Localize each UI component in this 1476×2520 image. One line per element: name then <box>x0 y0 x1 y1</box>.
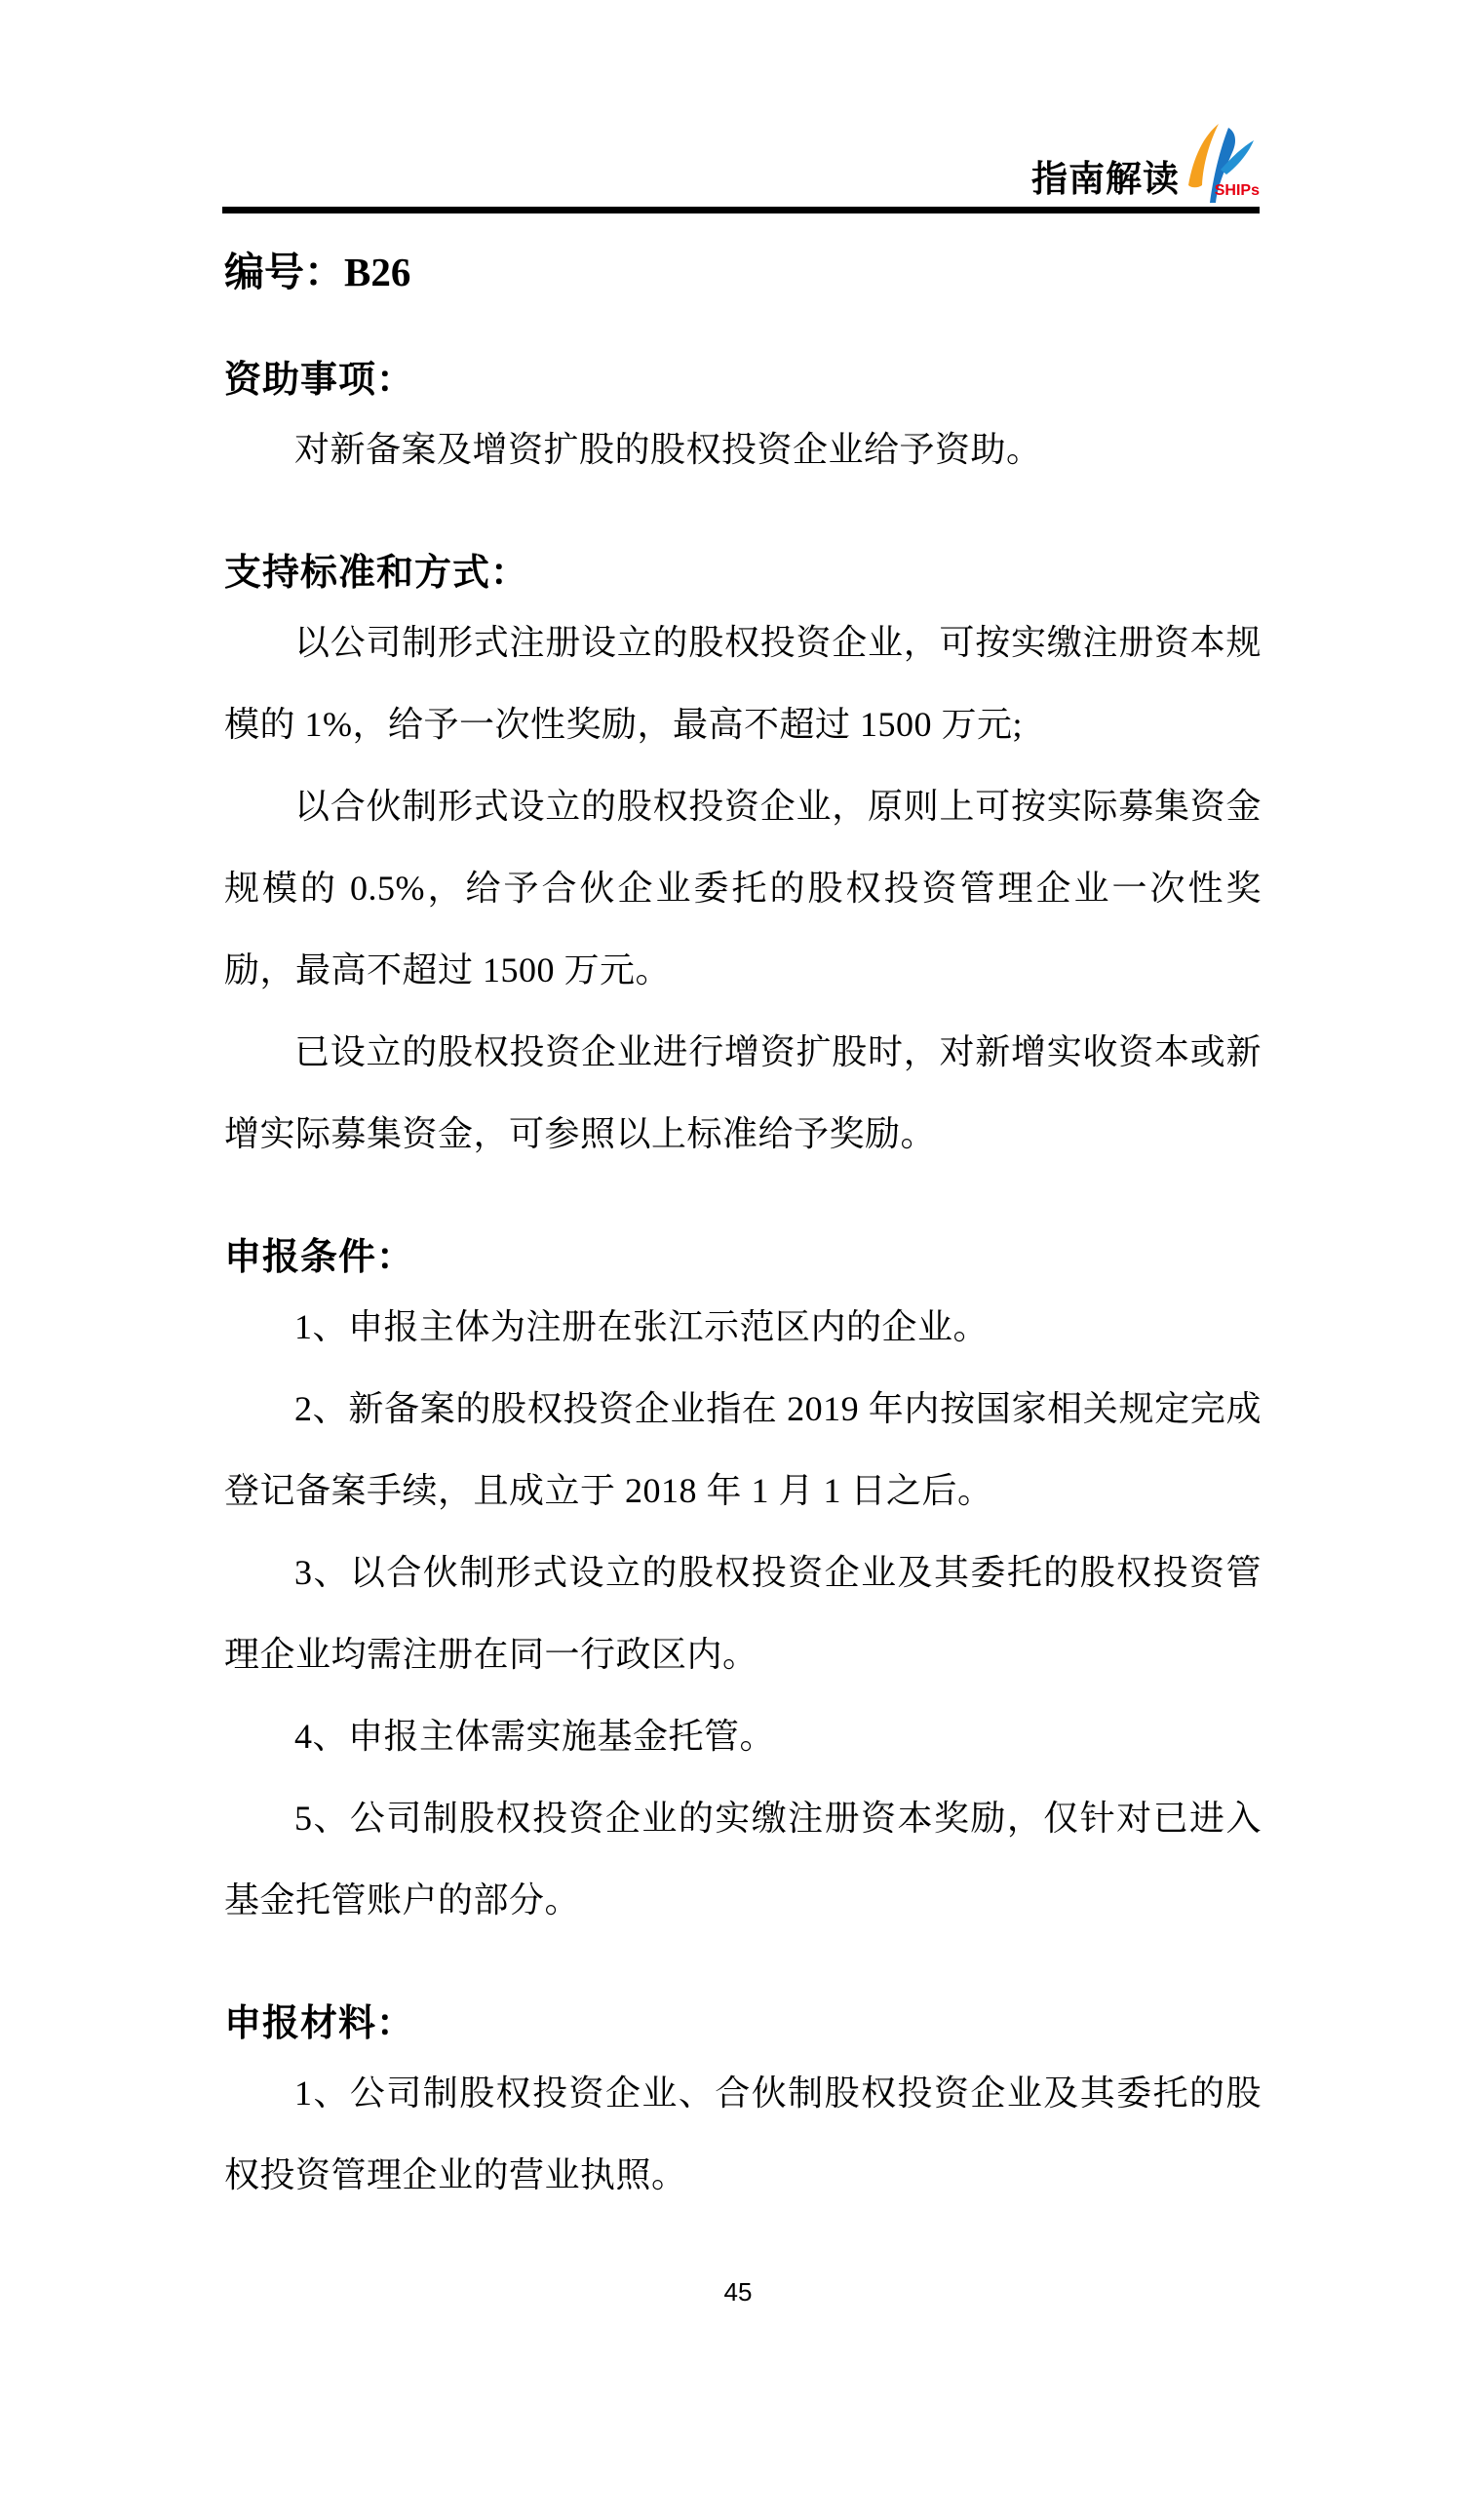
document-page: 指南解读 SHIPs 编号：B26 资助事项： 对新备案及增资扩股的股权投资企业… <box>0 0 1476 2520</box>
section-heading: 申报条件： <box>224 1229 1262 1286</box>
paragraph: 以合伙制形式设立的股权投资企业，原则上可按实际募集资金规模的 0.5%，给予合伙… <box>224 765 1262 1011</box>
list-item: 4、申报主体需实施基金托管。 <box>224 1695 1262 1777</box>
section-support-standard: 支持标准和方式： 以公司制形式注册设立的股权投资企业，可按实缴注册资本规模的 1… <box>224 545 1262 1175</box>
doc-number-value: B26 <box>344 250 410 294</box>
doc-number-label: 编号： <box>224 250 344 294</box>
section-heading: 资助事项： <box>224 352 1262 408</box>
list-item: 1、申报主体为注册在张江示范区内的企业。 <box>224 1286 1262 1368</box>
paragraph: 以公司制形式注册设立的股权投资企业，可按实缴注册资本规模的 1%，给予一次性奖励… <box>224 601 1262 765</box>
brand-title: 指南解读 <box>1031 161 1180 205</box>
section-application-materials: 申报材料： 1、公司制股权投资企业、合伙制股权投资企业及其委托的股权投资管理企业… <box>224 1996 1262 2216</box>
list-item: 3、以合伙制形式设立的股权投资企业及其委托的股权投资管理企业均需注册在同一行政区… <box>224 1531 1262 1695</box>
paragraph: 已设立的股权投资企业进行增资扩股时，对新增实收资本或新增实际募集资金，可参照以上… <box>224 1011 1262 1175</box>
list-item: 2、新备案的股权投资企业指在 2019 年内按国家相关规定完成登记备案手续，且成… <box>224 1368 1262 1531</box>
brand-logo-icon: SHIPs <box>1182 123 1260 205</box>
header-divider <box>222 207 1260 213</box>
paragraph: 对新备案及增资扩股的股权投资企业给予资助。 <box>224 408 1262 490</box>
document-body: 编号：B26 资助事项： 对新备案及增资扩股的股权投资企业给予资助。 支持标准和… <box>0 247 1476 2216</box>
doc-number: 编号：B26 <box>224 247 1262 297</box>
section-heading: 支持标准和方式： <box>224 545 1262 601</box>
brand: 指南解读 SHIPs <box>1031 123 1260 205</box>
page-header: 指南解读 SHIPs <box>0 0 1476 213</box>
page-number: 45 <box>0 2276 1476 2307</box>
section-application-conditions: 申报条件： 1、申报主体为注册在张江示范区内的企业。 2、新备案的股权投资企业指… <box>224 1229 1262 1941</box>
list-item: 1、公司制股权投资企业、合伙制股权投资企业及其委托的股权投资管理企业的营业执照。 <box>224 2052 1262 2216</box>
section-funding-item: 资助事项： 对新备案及增资扩股的股权投资企业给予资助。 <box>224 352 1262 490</box>
brand-subtitle: SHIPs <box>1215 183 1260 199</box>
section-heading: 申报材料： <box>224 1996 1262 2052</box>
list-item: 5、公司制股权投资企业的实缴注册资本奖励，仅针对已进入基金托管账户的部分。 <box>224 1777 1262 1941</box>
